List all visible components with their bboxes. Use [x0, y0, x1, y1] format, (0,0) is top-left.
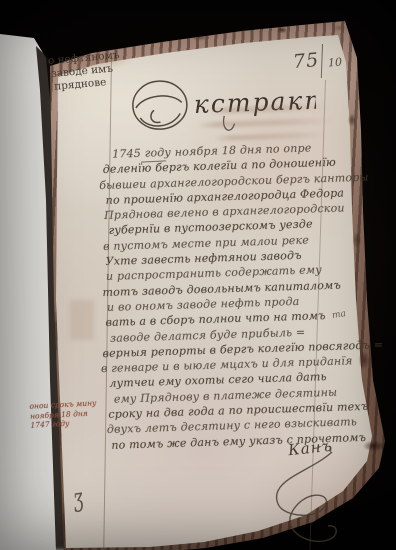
manuscript-body-text: 1745 году ноября 18 дня по опре деленїю … [102, 139, 355, 452]
photo-background: 75 10 о нефтяномъ заводе имъ пряднове кс… [0, 0, 396, 550]
heading-word: кстрактъ [193, 85, 317, 119]
archival-note-top: о нефтяномъ заводе имъ пряднове [47, 49, 122, 94]
heading-graphic: кстрактъ [127, 71, 317, 142]
secondary-folio-number: 10 [328, 56, 343, 70]
signature-flourish-icon [240, 446, 370, 550]
archival-note-bottom: онои срокъ мину ноября 18 дня 1747 году [29, 398, 97, 430]
folio-number: 75 [292, 49, 320, 73]
ornate-initial-e-icon [132, 80, 188, 130]
page-heading: кстрактъ [127, 71, 317, 146]
